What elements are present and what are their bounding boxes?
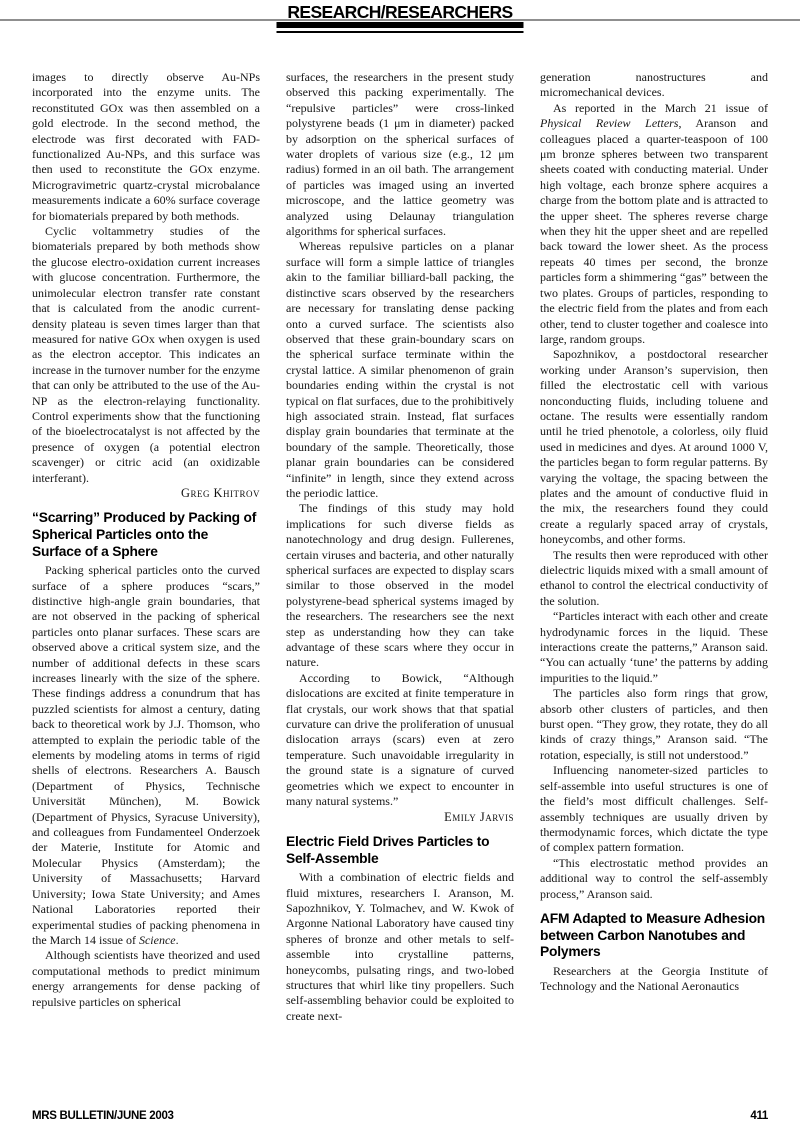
body-text: images to directly observe Au-NPs incorp… xyxy=(32,70,260,223)
body-text: According to Bowick, “Although dislocati… xyxy=(286,671,514,808)
section-heading: “Scarring” Produced by Packing of Spheri… xyxy=(32,510,260,560)
body-text: surfaces, the researchers in the present… xyxy=(286,70,514,238)
paragraph: The findings of this study may hold impl… xyxy=(286,501,514,670)
body-text: As reported in the March 21 issue of xyxy=(553,101,768,115)
body-text: Packing spherical particles onto the cur… xyxy=(32,563,260,947)
paragraph: surfaces, the researchers in the present… xyxy=(286,70,514,239)
paragraph: Whereas repulsive particles on a planar … xyxy=(286,239,514,501)
paragraph: “This electrostatic method provides an a… xyxy=(540,856,768,902)
body-text: “Particles interact with each other and … xyxy=(540,609,768,685)
body-text: The findings of this study may hold impl… xyxy=(286,501,514,669)
body-text: Although scientists have theorized and u… xyxy=(32,948,260,1008)
section-heading: Electric Field Drives Particles to Self-… xyxy=(286,834,514,867)
paragraph: Although scientists have theorized and u… xyxy=(32,948,260,1010)
footer-page-number: 411 xyxy=(750,1110,768,1122)
body-text: “This electrostatic method provides an a… xyxy=(540,856,768,901)
paragraph: Packing spherical particles onto the cur… xyxy=(32,563,260,948)
paragraph: With a combination of electric fields an… xyxy=(286,870,514,1024)
header-bar-black xyxy=(277,22,524,28)
body-text: generation nanostructures and micromecha… xyxy=(540,70,768,99)
body-text: . xyxy=(176,933,179,947)
column-2: surfaces, the researchers in the present… xyxy=(286,70,514,1100)
paragraph: “Particles interact with each other and … xyxy=(540,609,768,686)
paragraph: The particles also form rings that grow,… xyxy=(540,686,768,763)
column-3: generation nanostructures and micromecha… xyxy=(540,70,768,1100)
body-text: The particles also form rings that grow,… xyxy=(540,686,768,762)
body-text: , Aranson and colleagues placed a quarte… xyxy=(540,116,768,346)
header-rule-gray xyxy=(0,19,800,21)
body-text: Whereas repulsive particles on a planar … xyxy=(286,239,514,500)
body-text: Influencing nanometer-sized particles to… xyxy=(540,763,768,854)
body-text: Sapozhnikov, a postdoctoral researcher w… xyxy=(540,347,768,546)
header-rule-thin xyxy=(277,31,524,33)
magazine-page: RESEARCH/RESEARCHERS images to directly … xyxy=(0,0,800,1133)
paragraph: According to Bowick, “Although dislocati… xyxy=(286,671,514,810)
body-text: The results then were reproduced with ot… xyxy=(540,548,768,608)
paragraph: Sapozhnikov, a postdoctoral researcher w… xyxy=(540,347,768,547)
paragraph: Cyclic voltammetry studies of the biomat… xyxy=(32,224,260,486)
paragraph: The results then were reproduced with ot… xyxy=(540,548,768,610)
body-text: Cyclic voltammetry studies of the biomat… xyxy=(32,224,260,485)
column-1: images to directly observe Au-NPs incorp… xyxy=(32,70,260,1100)
article-columns: images to directly observe Au-NPs incorp… xyxy=(32,70,768,1100)
paragraph: Influencing nanometer-sized particles to… xyxy=(540,763,768,855)
paragraph: Researchers at the Georgia Institute of … xyxy=(540,964,768,995)
page-footer: MRS BULLETIN/JUNE 2003 411 xyxy=(32,1110,768,1122)
author-byline: Greg Khitrov xyxy=(32,486,260,501)
paragraph: As reported in the March 21 issue of Phy… xyxy=(540,101,768,348)
paragraph: generation nanostructures and micromecha… xyxy=(540,70,768,101)
body-text: Researchers at the Georgia Institute of … xyxy=(540,964,768,993)
footer-journal-date: MRS BULLETIN/JUNE 2003 xyxy=(32,1110,174,1122)
italic-text: Science xyxy=(139,933,176,947)
section-heading: AFM Adapted to Measure Adhesion between … xyxy=(540,911,768,961)
body-text: With a combination of electric fields an… xyxy=(286,870,514,1023)
italic-text: Physical Review Letters xyxy=(540,116,678,130)
author-byline: Emily Jarvis xyxy=(286,810,514,825)
paragraph: images to directly observe Au-NPs incorp… xyxy=(32,70,260,224)
